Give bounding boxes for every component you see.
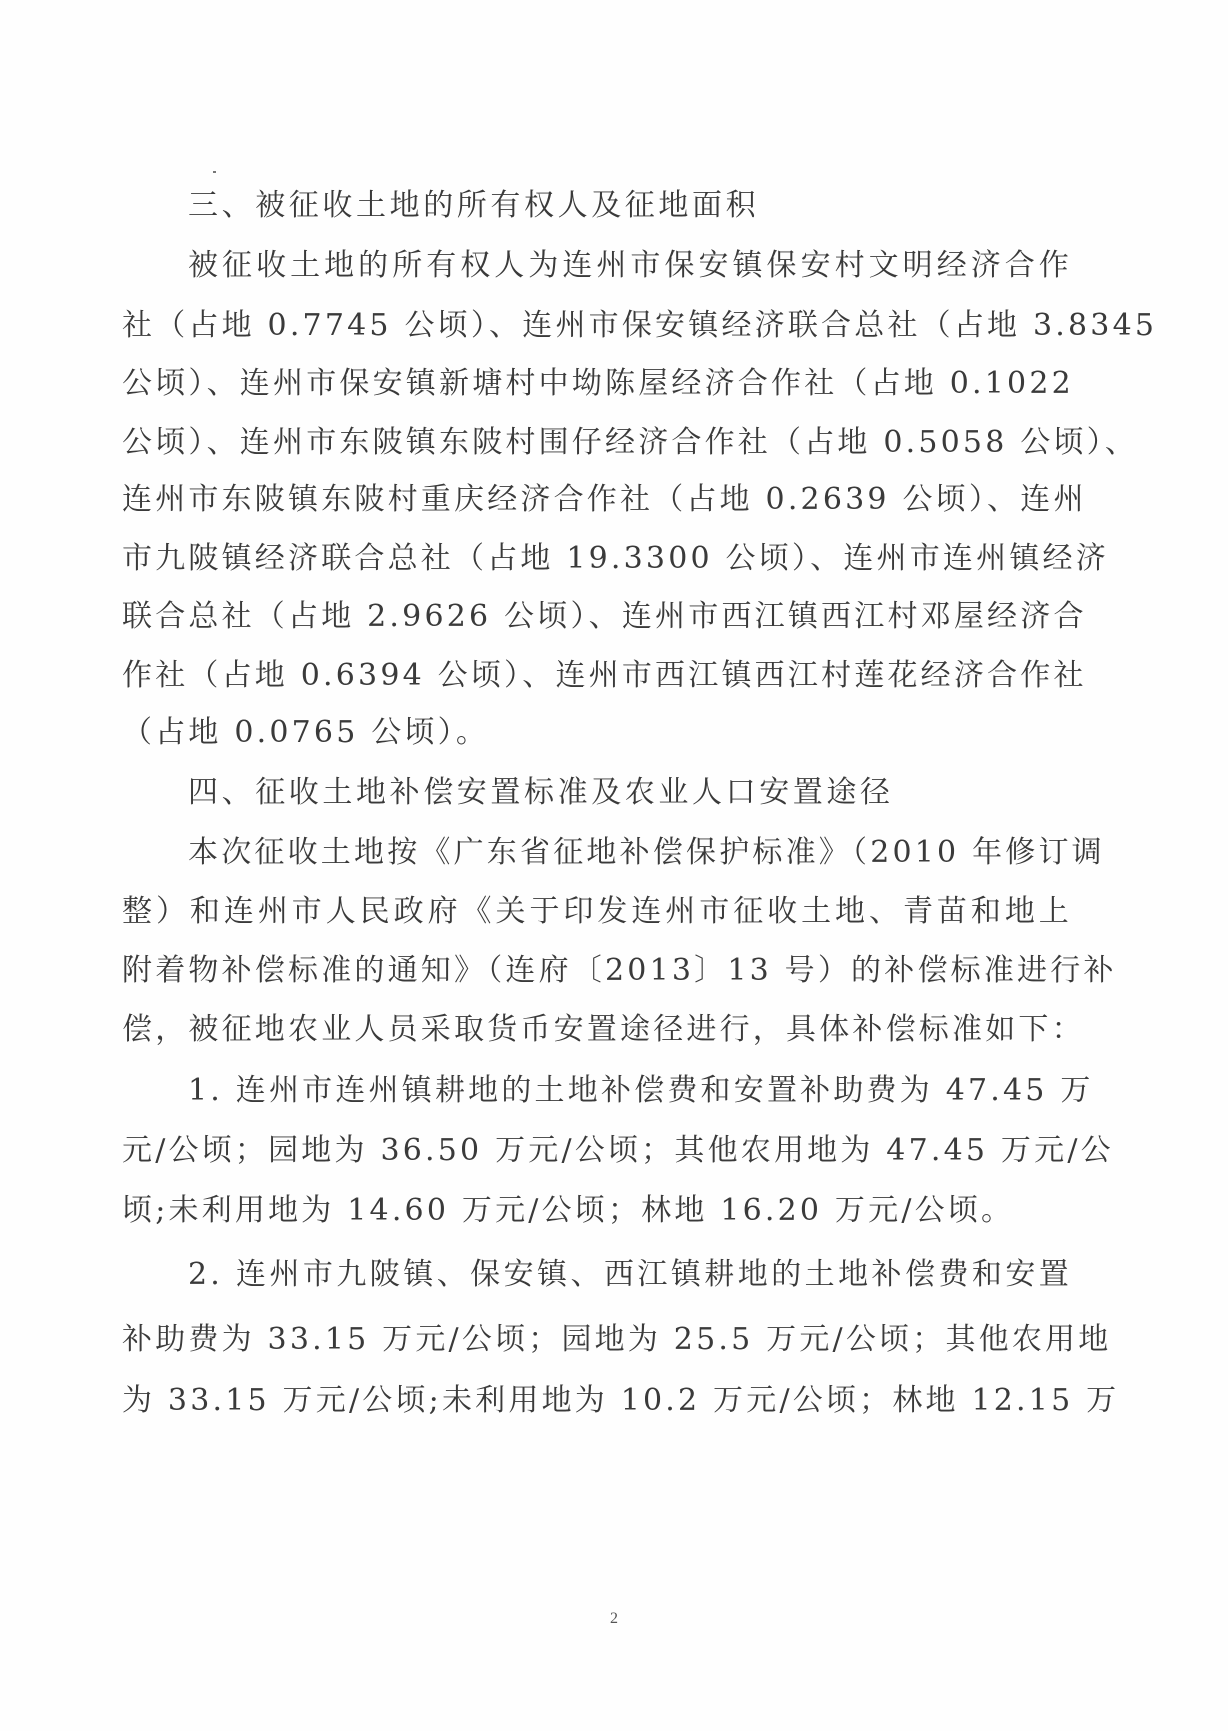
document-page: 三、被征收土地的所有权人及征地面积 被征收土地的所有权人为连州市保安镇保安村文明… xyxy=(0,0,1228,1731)
item-2-line: 2. 连州市九陂镇、保安镇、西江镇耕地的土地补偿费和安置 xyxy=(188,1255,1072,1295)
item-1-line: 1. 连州市连州镇耕地的土地补偿费和安置补助费为 47.45 万 xyxy=(188,1071,1072,1111)
section-3-line: 市九陂镇经济联合总社（占地 19.3300 公顷）、连州市连州镇经济 xyxy=(122,539,1072,579)
section-4-intro-line: 本次征收土地按《广东省征地补偿保护标准》（2010 年修订调 xyxy=(188,833,1072,873)
section-3-line: （占地 0.0765 公顷）。 xyxy=(122,713,1072,753)
section-3-line: 被征收土地的所有权人为连州市保安镇保安村文明经济合作 xyxy=(188,246,1072,286)
item-1-line: 顷;未利用地为 14.60 万元/公顷；林地 16.20 万元/公顷。 xyxy=(122,1191,1072,1231)
section-3-line: 公顷）、连州市保安镇新塘村中坳陈屋经济合作社（占地 0.1022 xyxy=(122,364,1072,404)
scan-speck xyxy=(213,171,216,173)
item-2-line: 为 33.15 万元/公顷;未利用地为 10.2 万元/公顷；林地 12.15 … xyxy=(122,1381,1072,1421)
section-3-line: 联合总社（占地 2.9626 公顷）、连州市西江镇西江村邓屋经济合 xyxy=(122,597,1072,637)
section-3-line: 社（占地 0.7745 公顷）、连州市保安镇经济联合总社（占地 3.8345 xyxy=(122,306,1072,346)
item-1-line: 元/公顷；园地为 36.50 万元/公顷；其他农用地为 47.45 万元/公 xyxy=(122,1131,1072,1171)
section-3-line: 公顷）、连州市东陂镇东陂村围仔经济合作社（占地 0.5058 公顷）、 xyxy=(122,423,1072,463)
section-3-heading: 三、被征收土地的所有权人及征地面积 xyxy=(188,186,1072,226)
section-4-intro-line: 偿，被征地农业人员采取货币安置途径进行，具体补偿标准如下： xyxy=(122,1010,1072,1050)
section-4-heading: 四、征收土地补偿安置标准及农业人口安置途径 xyxy=(188,773,1072,813)
section-4-intro-line: 整）和连州市人民政府《关于印发连州市征收土地、青苗和地上 xyxy=(122,892,1072,932)
section-3-line: 作社（占地 0.6394 公顷）、连州市西江镇西江村莲花经济合作社 xyxy=(122,656,1072,696)
section-4-intro-line: 附着物补偿标准的通知》（连府〔2013〕13 号）的补偿标准进行补 xyxy=(122,951,1072,991)
section-3-line: 连州市东陂镇东陂村重庆经济合作社（占地 0.2639 公顷）、连州 xyxy=(122,480,1072,520)
page-number: 2 xyxy=(0,1610,1228,1628)
item-2-line: 补助费为 33.15 万元/公顷；园地为 25.5 万元/公顷；其他农用地 xyxy=(122,1320,1072,1360)
